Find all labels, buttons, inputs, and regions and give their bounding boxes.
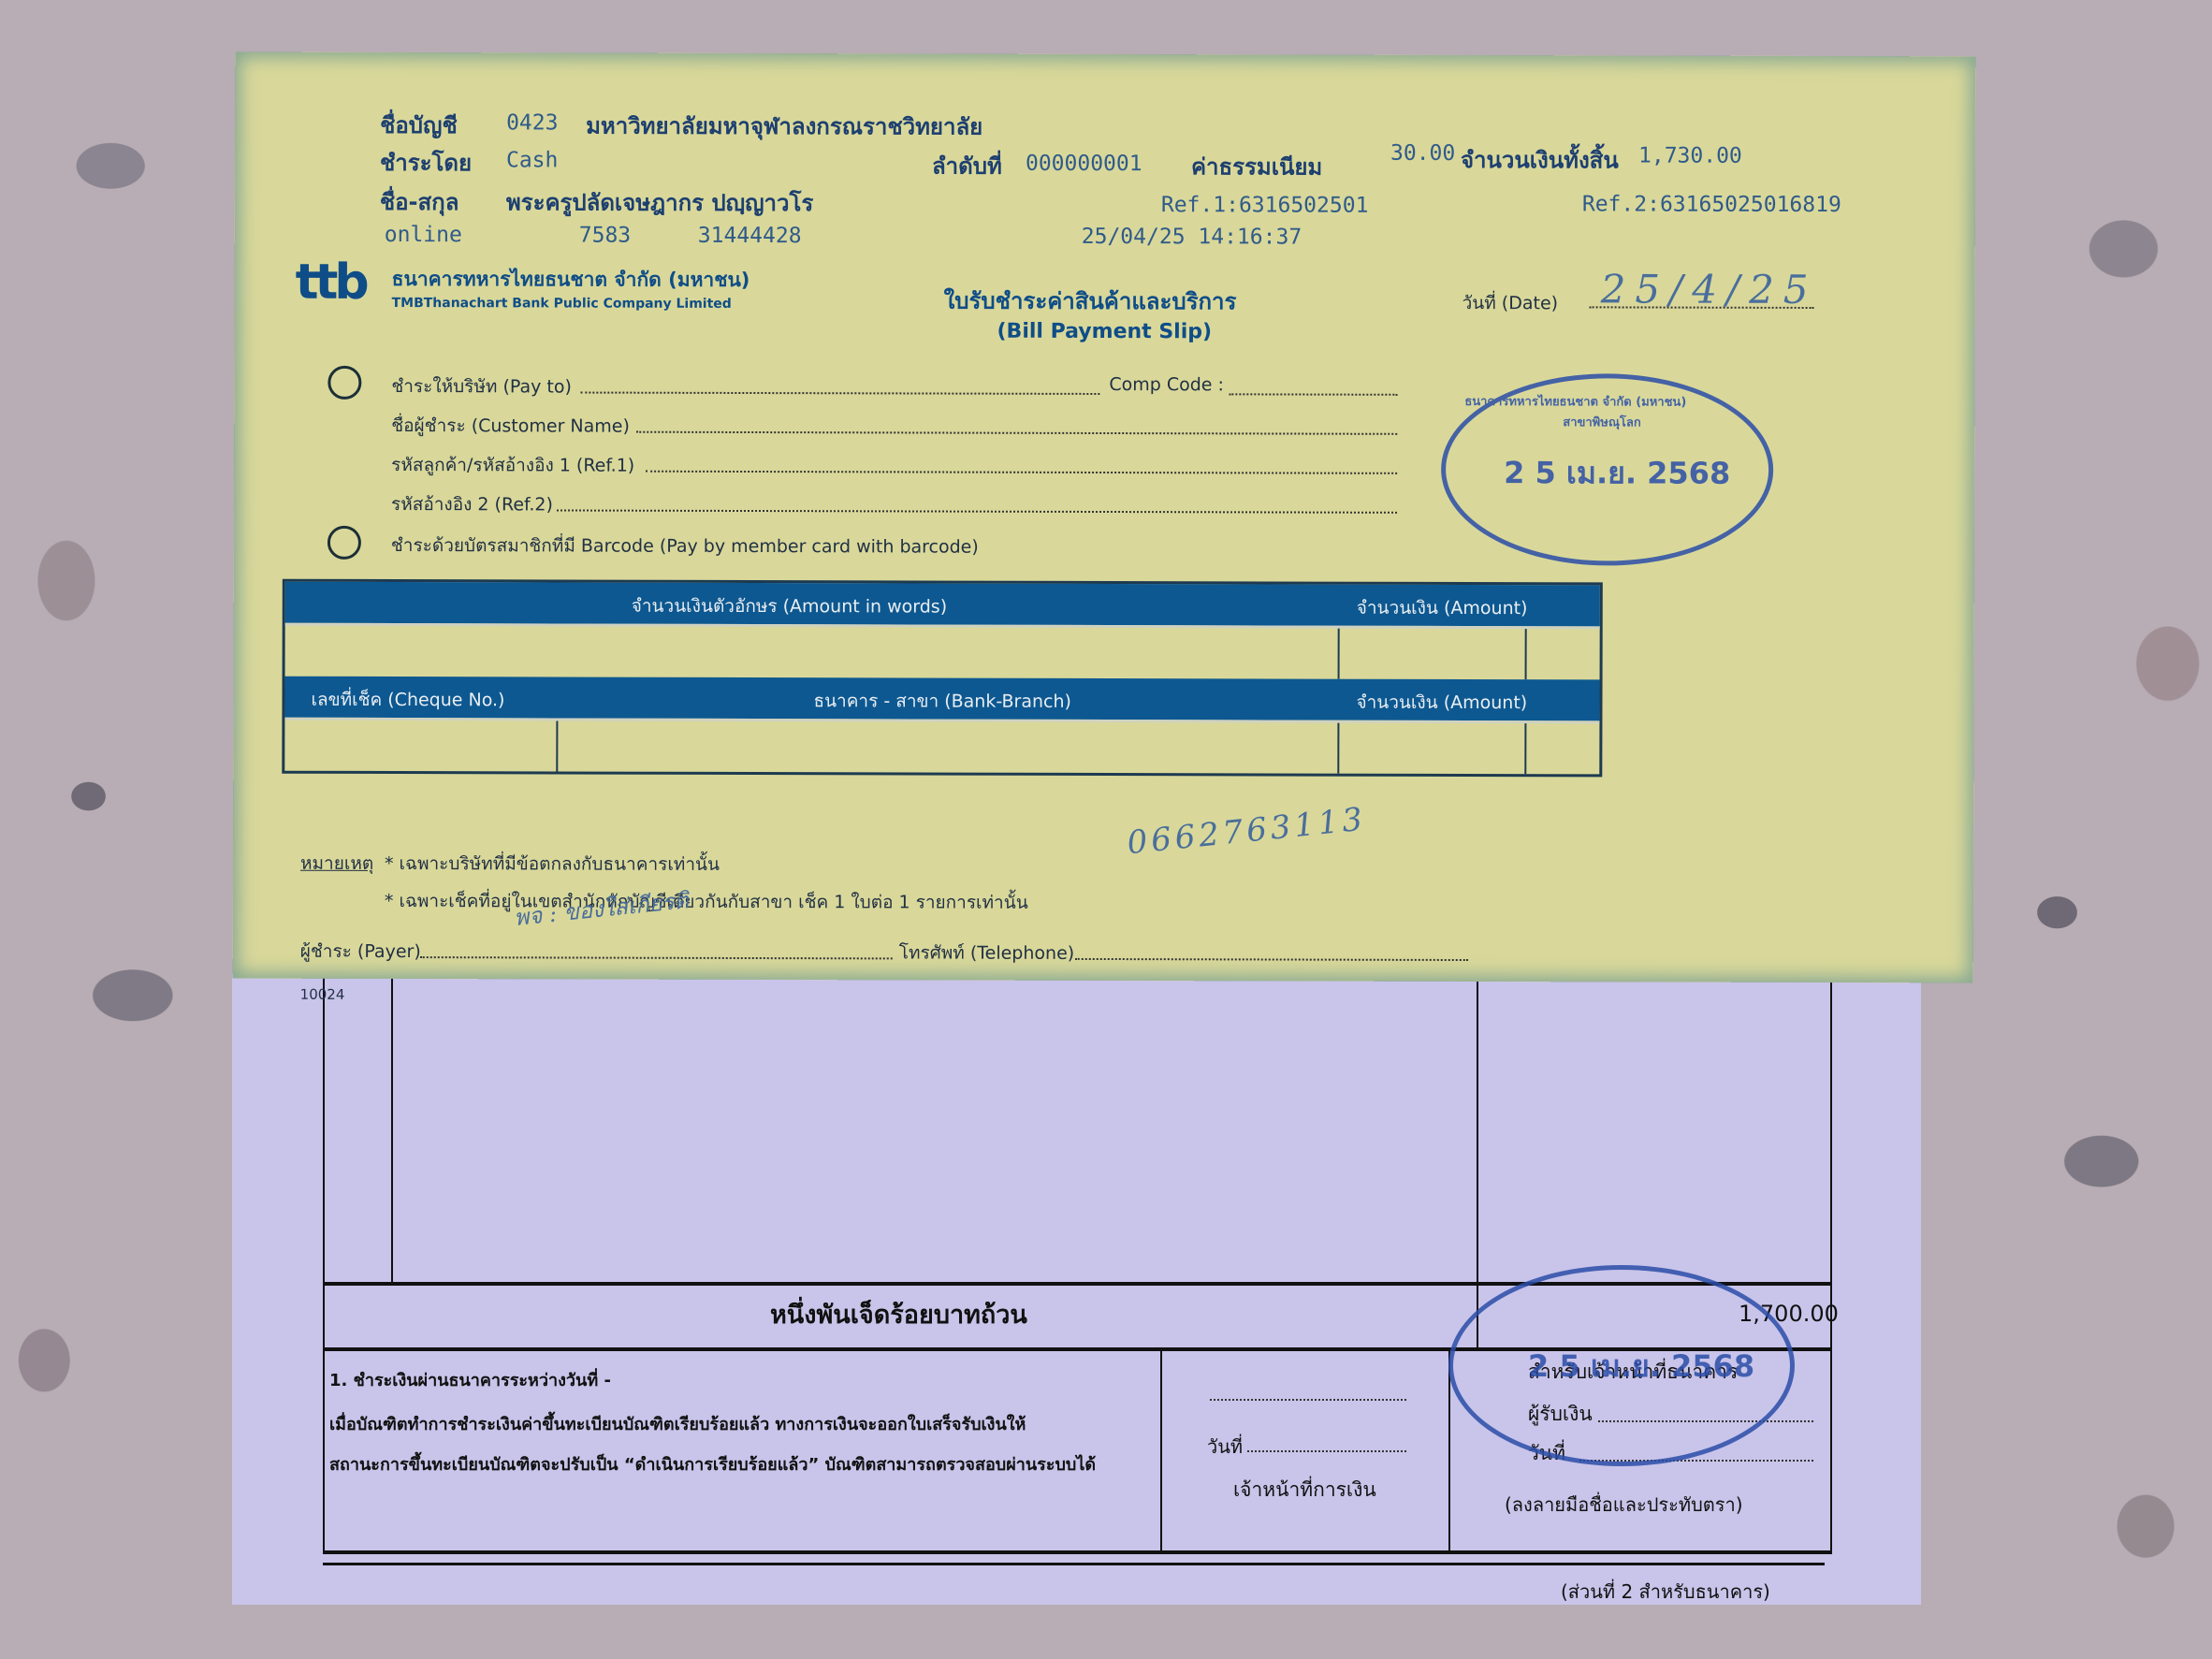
branch-code: 7583 xyxy=(579,224,631,248)
telephone-label: โทรศัพท์ (Telephone) xyxy=(899,939,1074,967)
instruction-2: เมื่อบัณฑิตทำการชำระเงินค่าขึ้นทะเบียนบั… xyxy=(329,1410,1026,1437)
comp-code-label: Comp Code : xyxy=(1109,374,1224,395)
bank-stamp-lower: 2 5 เม.ย. 2568 xyxy=(1448,1265,1795,1466)
bill-payment-slip: ชื่อบัญชี 0423 มหาวิทยาลัยมหาจุฬาลงกรณรา… xyxy=(233,52,1976,983)
payer-label: ผู้ชำระ (Payer) xyxy=(300,938,421,966)
account-label: ชื่อบัญชี xyxy=(380,107,458,143)
ref2-label: รหัสอ้างอิง 2 (Ref.2) xyxy=(391,490,553,518)
finance-signature-line xyxy=(1210,1399,1406,1401)
paid-by-value: Cash xyxy=(506,148,558,172)
form-line-4 xyxy=(323,1563,1825,1565)
form-col-line xyxy=(1477,973,1478,1347)
barcode-radio[interactable] xyxy=(327,526,361,560)
finance-date-line xyxy=(1247,1450,1406,1452)
ref2-field[interactable] xyxy=(557,509,1397,513)
bank-stamp-top: ธนาคารทหารไทยธนชาต จำกัด (มหาชน) สาขาพิษ… xyxy=(1441,373,1774,566)
customer-name-field[interactable] xyxy=(636,431,1397,435)
customer-name-label: ชื่อผู้ชำระ (Customer Name) xyxy=(391,412,630,441)
telephone-field[interactable] xyxy=(1075,958,1468,961)
amount-header: จำนวนเงิน (Amount) xyxy=(1357,594,1528,622)
ref1-field[interactable] xyxy=(646,471,1397,474)
fee-label: ค่าธรรมเนียม xyxy=(1191,148,1322,184)
amount-in-words: หนึ่งพันเจ็ดร้อยบาทถ้วน xyxy=(770,1294,1027,1334)
comp-code-field[interactable] xyxy=(1229,393,1397,395)
ref2-value: Ref.2:63165025016819 xyxy=(1582,192,1841,217)
section-label: (ส่วนที่ 2 สำหรับธนาคาร) xyxy=(1561,1577,1770,1607)
cheque-header-row: เลขที่เช็ค (Cheque No.) ธนาคาร - สาขา (B… xyxy=(284,677,1599,721)
cell-divider xyxy=(1524,723,1526,774)
sequence-value: 000000001 xyxy=(1026,152,1142,176)
pay-to-field[interactable] xyxy=(580,392,1099,395)
cheque-input-row[interactable] xyxy=(284,718,1599,775)
transaction-datetime: 25/04/25 14:16:37 xyxy=(1082,225,1302,250)
note-1: * เฉพาะบริษัทที่มีข้อตกลงกับธนาคารเท่านั… xyxy=(385,850,720,879)
form-line-3 xyxy=(323,1550,1832,1554)
total-label: จำนวนเงินทั้งสิ้น xyxy=(1461,141,1619,178)
form-col-line-2 xyxy=(1160,1347,1162,1553)
bank-branch-header: ธนาคาร - สาขา (Bank-Branch) xyxy=(813,687,1071,716)
pay-to-radio[interactable] xyxy=(327,366,361,400)
account-name: มหาวิทยาลัยมหาจุฬาลงกรณราชวิทยาลัย xyxy=(586,108,982,145)
sign-stamp-note: (ลงลายมือชื่อและประทับตรา) xyxy=(1505,1490,1743,1520)
amount-words-header: จำนวนเงินตัวอักษร (Amount in words) xyxy=(632,592,947,621)
form-number: 10024 xyxy=(300,986,345,1003)
cell-divider xyxy=(556,720,558,771)
bank-name-en: TMBThanachart Bank Public Company Limite… xyxy=(392,296,732,312)
teller-code: 31444428 xyxy=(698,224,802,248)
cheque-header: เลขที่เช็ค (Cheque No.) xyxy=(311,686,504,715)
date-handwritten: 25/4/25 xyxy=(1601,266,1818,313)
name-value: พระครูปลัดเจษฎากร ปญฺญาวโร xyxy=(506,183,814,221)
stamp-date-top: 2 5 เม.ย. 2568 xyxy=(1504,449,1730,498)
cell-divider xyxy=(1525,629,1527,679)
account-code: 0423 xyxy=(506,110,558,135)
instruction-3: สถานะการขึ้นทะเบียนบัณฑิตจะปรับเป็น “ดำเ… xyxy=(329,1450,1096,1477)
total-value: 1,730.00 xyxy=(1638,143,1742,167)
stamp-branch: สาขาพิษณุโลก xyxy=(1563,412,1641,431)
note-2: * เฉพาะเช็คที่อยู่ในเขตสำนักหักบัญชีเดีย… xyxy=(385,887,1028,917)
ref1-value: Ref.1:6316502501 xyxy=(1161,193,1369,218)
amount-header-row: จำนวนเงินตัวอักษร (Amount in words) จำนว… xyxy=(285,582,1600,627)
fee-value: 30.00 xyxy=(1390,141,1455,166)
registration-payment-form: หนึ่งพันเจ็ดร้อยบาทถ้วน 1,700.00 1. ชำระ… xyxy=(232,973,1921,1605)
pay-to-label: ชำระให้บริษัท (Pay to) xyxy=(391,372,572,401)
bank-name-th: ธนาคารทหารไทยธนชาต จำกัด (มหาชน) xyxy=(392,264,750,296)
stamp-bank-name: ธนาคารทหารไทยธนชาต จำกัด (มหาชน) xyxy=(1464,391,1686,412)
form-right-border xyxy=(1830,973,1832,1553)
ttb-logo: ttb xyxy=(296,258,366,307)
sequence-label: ลำดับที่ xyxy=(932,148,1002,184)
name-label: ชื่อ-สกุล xyxy=(380,183,459,220)
slip-title-th: ใบรับชำระค่าสินค้าและบริการ xyxy=(944,283,1237,320)
form-left-border xyxy=(323,973,325,1553)
handwritten-phone: 0662763113 xyxy=(1126,800,1368,862)
finance-date-label: วันที่ xyxy=(1207,1432,1243,1462)
form-inner-line xyxy=(391,973,393,1282)
stamp-date-lower: 2 5 เม.ย. 2568 xyxy=(1528,1343,1754,1390)
amount-input-row[interactable] xyxy=(285,623,1600,680)
instruction-1: 1. ชำระเงินผ่านธนาคารระหว่างวันที่ - xyxy=(329,1366,611,1393)
cell-divider xyxy=(1338,629,1340,679)
barcode-label: ชำระด้วยบัตรสมาชิกที่มี Barcode (Pay by … xyxy=(391,531,979,561)
payer-field[interactable] xyxy=(420,956,893,959)
date-label: วันที่ (Date) xyxy=(1463,289,1559,317)
note-label: หมายเหตุ xyxy=(300,850,373,878)
paid-by-label: ชำระโดย xyxy=(380,144,472,181)
slip-title-en: (Bill Payment Slip) xyxy=(997,320,1212,344)
ref1-label: รหัสลูกค้า/รหัสอ้างอิง 1 (Ref.1) xyxy=(391,451,634,480)
amount-table: จำนวนเงินตัวอักษร (Amount in words) จำนว… xyxy=(282,579,1603,778)
amount-header-2: จำนวนเงิน (Amount) xyxy=(1356,689,1527,717)
channel-value: online xyxy=(385,223,462,247)
cell-divider xyxy=(1337,723,1339,774)
finance-officer-label: เจ้าหน้าที่การเงิน xyxy=(1233,1475,1376,1506)
